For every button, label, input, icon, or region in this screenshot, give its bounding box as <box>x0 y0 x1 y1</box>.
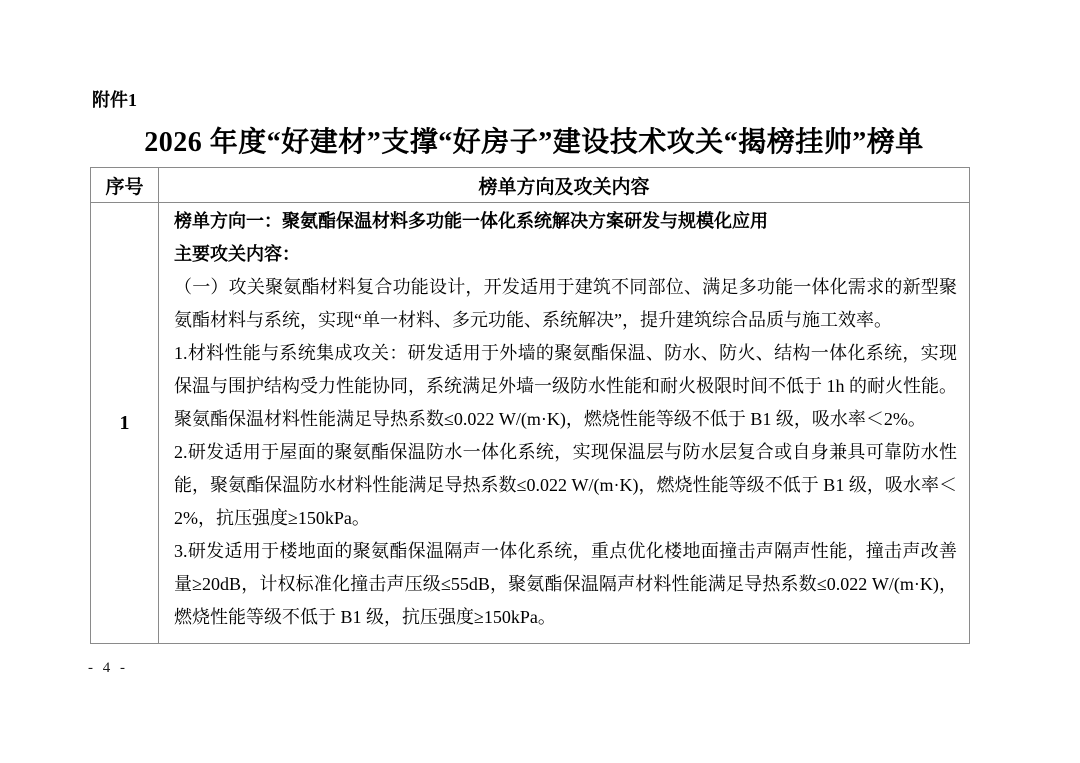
row-content-cell: 榜单方向一：聚氨酯保温材料多功能一体化系统解决方案研发与规模化应用 主要攻关内容… <box>159 203 970 644</box>
header-seq-number: 序号 <box>91 168 159 203</box>
paragraph-1: （一）攻关聚氨酯材料复合功能设计，开发适用于建筑不同部位、满足多功能一体化需求的… <box>174 271 957 337</box>
row-seq-number: 1 <box>91 203 159 644</box>
direction-heading: 榜单方向一：聚氨酯保温材料多功能一体化系统解决方案研发与规模化应用 <box>174 205 957 238</box>
attachment-label: 附件1 <box>92 86 137 112</box>
header-direction-content: 榜单方向及攻关内容 <box>159 168 970 203</box>
page-number: - 4 - <box>88 660 128 677</box>
document-page: 附件1 2026 年度“好建材”支撑“好房子”建设技术攻关“揭榜挂帅”榜单 序号… <box>0 0 1080 763</box>
content-heading: 主要攻关内容： <box>174 238 957 271</box>
page-title: 2026 年度“好建材”支撑“好房子”建设技术攻关“揭榜挂帅”榜单 <box>88 120 980 160</box>
paragraph-3: 2.研发适用于屋面的聚氨酯保温防水一体化系统，实现保温层与防水层复合或自身兼具可… <box>174 436 957 535</box>
ranking-table: 序号 榜单方向及攻关内容 1 榜单方向一：聚氨酯保温材料多功能一体化系统解决方案… <box>90 167 970 644</box>
paragraph-2: 1.材料性能与系统集成攻关：研发适用于外墙的聚氨酯保温、防水、防火、结构一体化系… <box>174 337 957 436</box>
paragraph-4: 3.研发适用于楼地面的聚氨酯保温隔声一体化系统，重点优化楼地面撞击声隔声性能，撞… <box>174 535 957 634</box>
table-header-row: 序号 榜单方向及攻关内容 <box>91 168 970 203</box>
table-row: 1 榜单方向一：聚氨酯保温材料多功能一体化系统解决方案研发与规模化应用 主要攻关… <box>91 203 970 644</box>
